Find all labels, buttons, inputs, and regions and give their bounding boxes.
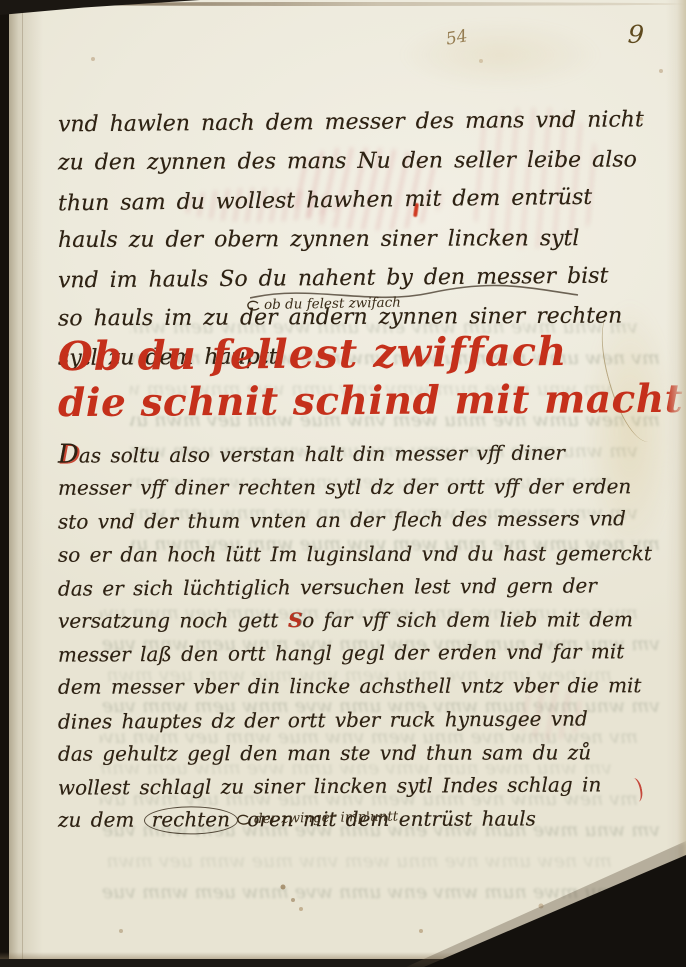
page-edge-right-shade — [666, 0, 686, 967]
top-stain — [400, 20, 600, 90]
page-edge-line — [22, 0, 23, 967]
text-line: wollest schlagl zu siner lincken sytl In… — [58, 768, 610, 805]
text-line: messer vff diner rechten sytl dz der ort… — [58, 470, 610, 505]
interlinear-caption-top: ob du felest zwifach — [246, 295, 401, 314]
paraph-mark-icon — [246, 300, 260, 312]
text-line: zu den zynnen des mans Nu den seller lei… — [58, 141, 610, 183]
text-line: so er dan hoch lütt Im luginsland vnd du… — [58, 537, 610, 572]
text-line: das er sich lüchtiglich versuchen lest v… — [58, 569, 610, 606]
caption-text: der zwinger imp'untt — [254, 809, 398, 828]
text-line: thun sam du wollest hawhen mit dem entrü… — [58, 178, 610, 224]
rubric-line: die schnit schind mit macht — [58, 376, 684, 426]
page-number-faint: 54 — [444, 26, 469, 49]
paragraph-lower: Das soltu also verstan halt din messer v… — [58, 437, 610, 836]
caption-text: ob du felest zwifach — [264, 295, 401, 313]
text-line: sto vnd der thum vnten an der flech des … — [58, 503, 610, 540]
text-segment: versatzung noch gett — [58, 608, 288, 633]
text-segment: as soltu also verstan halt din messer vf… — [79, 441, 565, 468]
circled-word: rechten — [144, 806, 238, 834]
paraph-mark-icon — [236, 814, 250, 826]
text-line: vnd hawlen nach dem messer des mans vnd … — [58, 101, 610, 145]
text-line: dem messer vber din lincke achsthell vnt… — [58, 670, 610, 705]
text-segment: o far vff sich dem lieb mit dem — [302, 607, 633, 632]
text-line: dines hauptes dz der ortt vber ruck hynu… — [58, 702, 610, 739]
text-line: Das soltu also verstan halt din messer v… — [58, 435, 610, 473]
text-line: das gehultz gegl den man ste vnd thun sa… — [58, 736, 610, 771]
page-edge-left-shade — [9, 0, 43, 967]
folio-number: 9 — [627, 19, 645, 49]
red-margin-mark — [628, 777, 645, 803]
text-line: messer laß den ortt hangl gegl der erden… — [58, 636, 610, 673]
rubric-heading: Ob du fellest zwiffach die schnit schind… — [58, 330, 683, 424]
text-segment: zu dem — [58, 808, 144, 832]
interlinear-caption-bottom: der zwinger imp'untt — [236, 809, 398, 828]
text-line: versatzung noch gett So far vff sich dem… — [58, 603, 610, 638]
text-line: hauls zu der obern zynnen siner lincken … — [58, 219, 610, 260]
rubricated-initial: D — [58, 440, 79, 470]
rubricated-letter: S — [288, 608, 303, 632]
binding-edge-left — [0, 0, 9, 967]
background-corner-black — [424, 855, 686, 967]
manuscript-page-scan: vm wnu mwe num wmv enw umn wve mnw uem w… — [0, 0, 686, 967]
rubric-line: Ob du fellest zwiffach — [58, 327, 684, 382]
